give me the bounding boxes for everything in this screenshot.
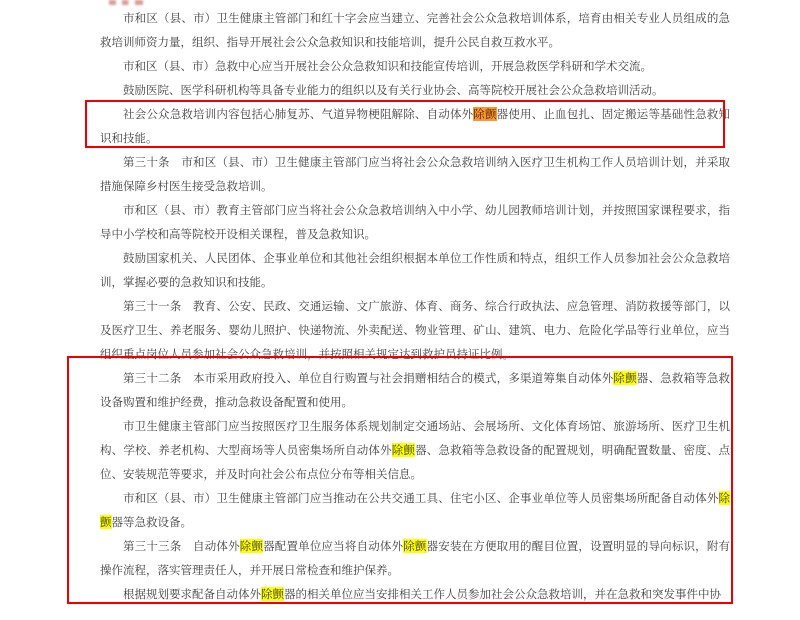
document-viewport: 市和区（县、市）卫生健康主管部门和红十字会应当建立、完善社会公众急救培训体系，培… — [0, 0, 800, 620]
paragraph: 市卫生健康主管部门应当按照医疗卫生服务体系规划制定交通场站、会展场所、文化体育场… — [100, 414, 730, 486]
text-segment: 第三十条 市和区（县、市）卫生健康主管部门应当将社会公众急救培训纳入医疗卫生机构… — [100, 155, 730, 193]
text-segment: 第三十一条 教育、公安、民政、交通运输、文广旅游、体育、商务、综合行政执法、应急… — [100, 299, 730, 361]
paragraph: 根据规划要求配备自动体外除颤器的相关单位应当安排相关工作人员参加社会公众急救培训… — [100, 582, 730, 606]
paragraph: 社会公众急救培训内容包括心肺复苏、气道异物梗阻解除、自动体外除颤器使用、止血包扎… — [100, 102, 730, 150]
search-match-active-highlight: 除颤 — [473, 107, 496, 121]
text-segment: 根据规划要求配备自动体外 — [123, 587, 261, 601]
text-segment: 市和区（县、市）卫生健康主管部门和红十字会应当建立、完善社会公众急救培训体系，培… — [100, 11, 730, 49]
text-segment: 市和区（县、市）卫生健康主管部门应当推动在公共交通工具、住宅小区、企事业单位等人… — [123, 491, 719, 505]
text-segment: 市和区（县、市）教育主管部门应当将社会公众急救培训纳入中小学、幼儿园教师培训计划… — [100, 203, 730, 241]
text-segment: 器配置单位应当将自动体外 — [263, 539, 403, 553]
text-segment: 社会公众急救培训内容包括心肺复苏、气道异物梗阻解除、自动体外 — [123, 107, 473, 121]
paragraph: 市和区（县、市）卫生健康主管部门应当推动在公共交通工具、住宅小区、企事业单位等人… — [100, 486, 730, 534]
text-segment: 第三十三条 自动体外 — [123, 539, 240, 553]
paragraph: 鼓励医院、医学科研机构等具备专业能力的组织以及有关行业协会、高等院校开展社会公众… — [100, 78, 730, 102]
search-match-highlight: 除颤 — [403, 539, 426, 553]
paragraph: 市和区（县、市）卫生健康主管部门和红十字会应当建立、完善社会公众急救培训体系，培… — [100, 6, 730, 54]
text-segment: 器的相关单位应当安排相关工作人员参加社会公众急救培训，并在急救和突发事件中协 — [284, 587, 721, 601]
paragraph: 市和区（县、市）教育主管部门应当将社会公众急救培训纳入中小学、幼儿园教师培训计划… — [100, 198, 730, 246]
text-segment: 鼓励国家机关、人民团体、企事业单位和其他社会组织根据本单位工作性质和特点，组织工… — [100, 251, 730, 289]
paragraph: 第三十三条 自动体外除颤器配置单位应当将自动体外除颤器安装在方便取用的醒目位置，… — [100, 534, 730, 582]
search-match-highlight: 除颤 — [392, 443, 415, 457]
text-segment: 器等急救设备。 — [112, 515, 193, 529]
text-segment: 第三十二条 本市采用政府投入、单位自行购置与社会捐赠相结合的模式，多渠道筹集自动… — [123, 371, 613, 385]
search-match-highlight: 除颤 — [261, 587, 284, 601]
paragraph: 第三十一条 教育、公安、民政、交通运输、文广旅游、体育、商务、综合行政执法、应急… — [100, 294, 730, 366]
text-segment: 鼓励医院、医学科研机构等具备专业能力的组织以及有关行业协会、高等院校开展社会公众… — [123, 83, 664, 97]
page: { "page": { "background": "#ffffff", "te… — [0, 0, 800, 620]
cutoff-red-text-fragment — [109, 0, 143, 5]
search-match-highlight: 除颤 — [240, 539, 263, 553]
search-match-highlight: 除颤 — [613, 371, 636, 385]
paragraph: 第三十二条 本市采用政府投入、单位自行购置与社会捐赠相结合的模式，多渠道筹集自动… — [100, 366, 730, 414]
paragraph: 鼓励国家机关、人民团体、企事业单位和其他社会组织根据本单位工作性质和特点，组织工… — [100, 246, 730, 294]
paragraph: 第三十条 市和区（县、市）卫生健康主管部门应当将社会公众急救培训纳入医疗卫生机构… — [100, 150, 730, 198]
text-segment: 市和区（县、市）急救中心应当开展社会公众急救知识和技能宣传培训，开展急救医学科研… — [123, 59, 652, 73]
document-body: 市和区（县、市）卫生健康主管部门和红十字会应当建立、完善社会公众急救培训体系，培… — [100, 6, 730, 606]
paragraph: 市和区（县、市）急救中心应当开展社会公众急救知识和技能宣传培训，开展急救医学科研… — [100, 54, 730, 78]
